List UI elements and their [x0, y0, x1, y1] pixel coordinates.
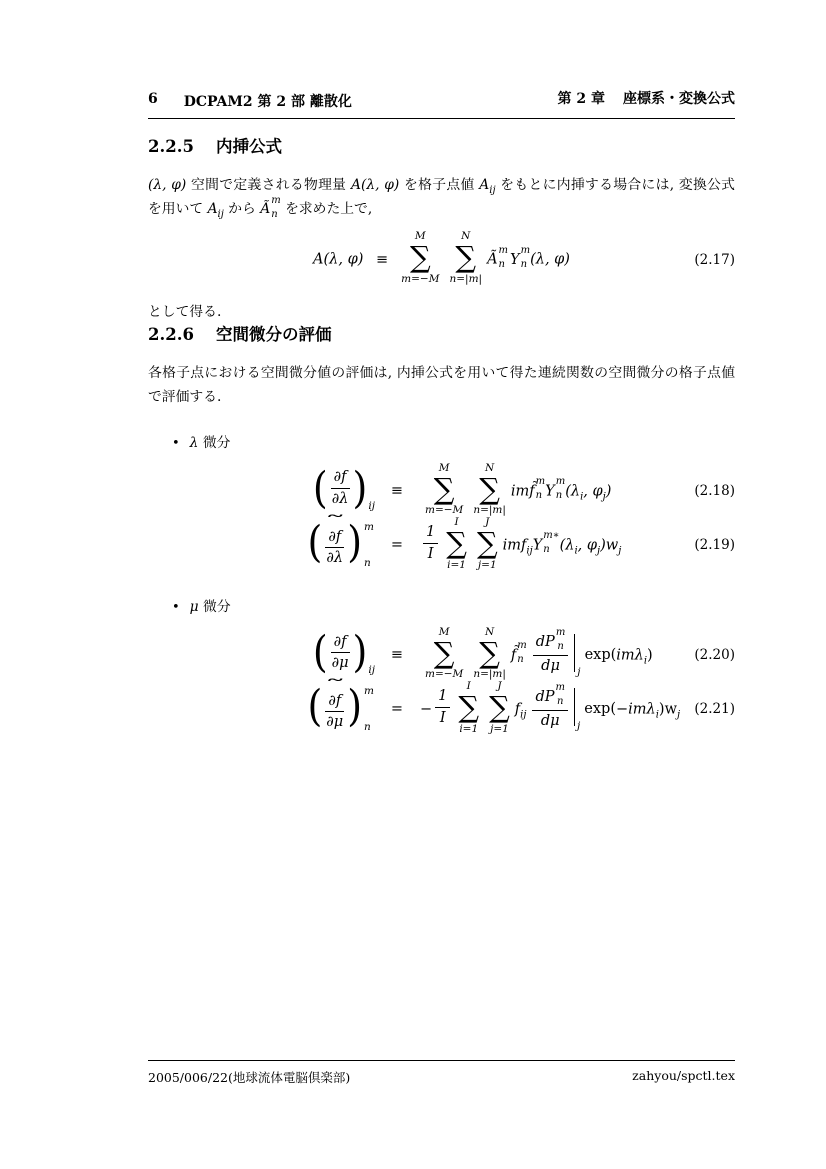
fraction: dPmndμ	[533, 630, 569, 676]
math-subscript: n	[556, 697, 565, 707]
equation-rhs: M∑m=−MN∑n=|m|imf̃mnYmn(λi, φj)	[420, 464, 735, 519]
relation-symbol: ≡	[376, 252, 388, 268]
math-subscript: ij	[520, 709, 526, 720]
header-left-title: DCPAM2 第 2 部 離散化	[184, 91, 352, 111]
equation-content: A(λ, φ) ≡M∑m=−MN∑n=|m|ÃmnYmn(λ, φ)	[313, 232, 570, 287]
math-subscript: n	[556, 491, 565, 501]
math-token: , φ	[583, 483, 602, 499]
equation-number: (2.19)	[694, 533, 735, 557]
fraction-denominator: I	[428, 544, 434, 564]
math-token: Ã	[487, 252, 497, 268]
fraction: ∂f∂μ	[331, 633, 350, 674]
left-paren: (	[308, 521, 323, 564]
math-token: dP	[535, 689, 554, 705]
math-superscript: m	[499, 246, 508, 256]
sigma-symbol: ∑	[458, 692, 479, 722]
math-superscript: m	[364, 522, 374, 533]
math-token: (λ	[565, 483, 580, 499]
sum-operator: J∑j=1	[477, 516, 498, 571]
math-token: imf	[503, 537, 527, 553]
sigma-symbol: ∑	[434, 474, 455, 504]
evaluation-bar	[574, 688, 575, 726]
supsub-stack: m∗n	[543, 531, 559, 555]
fraction-denominator: ∂μ	[326, 712, 343, 732]
text-token: から	[224, 201, 260, 217]
list-item-label: μ 微分	[190, 595, 231, 619]
math-superscript: m	[364, 686, 374, 697]
math-token: , φ	[578, 537, 597, 553]
section-number: 2.2.5	[148, 136, 194, 158]
sum-lower-limit: j=1	[478, 559, 497, 571]
sigma-symbol: ∑	[479, 474, 500, 504]
equation-rhs: M∑m=−MN∑n=|m|f̃mndPmndμjexp(imλi)	[420, 628, 735, 683]
equation-2-21: (˜∂f∂μ)mn = −1II∑i=1J∑j=1fijdPmndμjexp(−…	[148, 682, 735, 737]
equation-group-mu: (∂f∂μ)ij ≡ M∑m=−MN∑n=|m|f̃mndPmndμjexp(i…	[148, 628, 735, 737]
list-item-mu: • μ 微分	[148, 595, 735, 620]
fraction-numerator: ∂f	[325, 692, 344, 713]
equation-2-18: (∂f∂λ)ij ≡ M∑m=−MN∑n=|m|imf̃mnYmn(λi, φj…	[148, 464, 735, 519]
math-token: dP	[536, 634, 555, 650]
sum-lower-limit: m=−M	[425, 504, 463, 516]
math-token: −imλ	[616, 701, 656, 717]
paragraph-tail: として得る.	[148, 300, 735, 324]
math-token: A(λ, φ)	[351, 177, 399, 193]
equation-lhs: (∂f∂λ)ij	[148, 470, 374, 511]
math-subscript: j	[618, 545, 621, 556]
supsub-stack: mn	[556, 477, 565, 501]
math-subscript: j	[577, 720, 580, 732]
math-token: exp(	[584, 701, 616, 717]
sum-lower-limit: n=|m|	[449, 273, 482, 285]
sigma-symbol: ∑	[455, 242, 476, 272]
page-body: 2.2.5 内挿公式 (λ, φ) 空間で定義される物理量 A(λ, φ) を格…	[148, 136, 735, 737]
sum-lower-limit: m=−M	[425, 668, 463, 680]
relation-symbol: ≡	[374, 643, 420, 667]
fraction-numerator: ∂f	[331, 468, 350, 489]
paragraph-derivative: 各格子点における空間微分値の評価は, 内挿公式を用いて得た連続関数の空間微分の格…	[148, 361, 735, 409]
equation-number: (2.20)	[694, 643, 735, 667]
footer-right: zahyou/spctl.tex	[632, 1068, 735, 1086]
fraction-numerator: ∂f	[331, 633, 350, 654]
supsub-stack: mn	[517, 641, 526, 665]
sum-lower-limit: i=1	[459, 723, 478, 735]
math-token: exp(	[585, 647, 617, 663]
minus-sign: −	[420, 701, 432, 717]
math-subscript: n	[517, 655, 526, 665]
math-token: imλ	[616, 647, 644, 663]
sigma-symbol: ∑	[446, 528, 467, 558]
equation-lhs: (∂f∂μ)ij	[148, 635, 374, 676]
math-subscript: n	[364, 558, 374, 569]
bullet-icon: •	[172, 596, 180, 620]
chapter-title: 座標系・変換公式	[623, 88, 735, 108]
math-subscript: n	[271, 210, 280, 220]
fraction-denominator: ∂λ	[326, 548, 343, 568]
page-number: 6	[148, 91, 158, 111]
math-superscript: m∗	[543, 531, 559, 541]
sigma-symbol: ∑	[410, 242, 431, 272]
section-heading-226: 2.2.6 空間微分の評価	[148, 324, 735, 346]
paragraph-interpolation: (λ, φ) 空間で定義される物理量 A(λ, φ) を格子点値 Aij をもと…	[148, 173, 735, 222]
widetilde-icon: ˜	[324, 683, 346, 691]
sigma-symbol: ∑	[477, 528, 498, 558]
equation-rhs: 1II∑i=1J∑j=1imfijYm∗n(λi, φj)wj	[420, 518, 735, 573]
math-superscript: m	[536, 477, 545, 487]
equation-rhs: −1II∑i=1J∑j=1fijdPmndμjexp(−imλi)wj	[420, 682, 735, 737]
page-header: 6 DCPAM2 第 2 部 離散化 第 2 章 座標系・変換公式	[148, 88, 735, 119]
math-token: )	[647, 647, 653, 663]
math-subscript: n	[521, 260, 530, 270]
supsub-stack: mn	[536, 477, 545, 501]
math-superscript: m	[556, 628, 565, 638]
fraction-numerator: ∂f	[325, 528, 344, 549]
math-token: A(λ, φ)	[313, 252, 363, 268]
widetilde-fraction: ˜∂f∂λ	[322, 519, 347, 569]
fraction: ∂f∂λ	[331, 468, 350, 509]
equation-lhs: (˜∂f∂λ)mn	[148, 521, 374, 571]
fraction-numerator: dPmn	[532, 685, 568, 711]
math-superscript: m	[521, 246, 530, 256]
fraction: dPmndμ	[532, 685, 568, 731]
page-footer: 2005/006/22(地球流体電脳倶楽部) zahyou/spctl.tex	[148, 1060, 735, 1086]
sum-operator: I∑i=1	[446, 516, 467, 571]
section-number: 2.2.6	[148, 324, 194, 346]
list-item-lambda: • λ 微分	[148, 431, 735, 456]
equation-number: (2.18)	[694, 479, 735, 503]
math-token: f̃	[529, 483, 534, 499]
math-token: Y	[510, 252, 520, 268]
math-superscript: m	[271, 196, 280, 206]
math-superscript: m	[517, 641, 526, 651]
sum-operator: M∑m=−M	[425, 626, 463, 681]
math-token: f̃	[511, 647, 516, 663]
math-token: Y	[545, 483, 555, 499]
math-subscript: n	[499, 260, 508, 270]
relation-symbol: =	[374, 697, 420, 721]
fraction-denominator: dμ	[541, 711, 560, 731]
math-superscript: m	[556, 477, 565, 487]
fraction-numerator: dPmn	[533, 630, 569, 656]
supsub-stack: mn	[521, 246, 530, 270]
math-token: A	[479, 177, 489, 193]
pdf-page: 6 DCPAM2 第 2 部 離散化 第 2 章 座標系・変換公式 2.2.5 …	[0, 0, 826, 1169]
math-token: μ	[190, 599, 199, 615]
sum-lower-limit: j=1	[490, 723, 509, 735]
bullet-icon: •	[172, 432, 180, 456]
left-paren: (	[313, 631, 328, 674]
header-right: 第 2 章 座標系・変換公式	[558, 88, 736, 108]
fraction-numerator: 1	[423, 523, 438, 544]
math-token: )w	[659, 701, 677, 717]
math-subscript: n	[543, 545, 559, 555]
math-subscript: n	[556, 642, 565, 652]
equation-lhs: (˜∂f∂μ)mn	[148, 685, 374, 735]
fraction-denominator: I	[440, 708, 446, 728]
math-token: (λ, φ)	[530, 252, 570, 268]
fraction-denominator: dμ	[541, 656, 560, 676]
sum-operator: M∑m=−M	[401, 230, 439, 285]
supsub-stack: mn	[556, 628, 565, 652]
sigma-symbol: ∑	[489, 692, 510, 722]
text-token: 空間で定義される物理量	[186, 177, 351, 193]
sum-operator: N∑n=|m|	[473, 462, 506, 517]
left-paren: (	[308, 685, 323, 728]
right-paren: )	[347, 521, 362, 564]
relation-symbol: =	[374, 533, 420, 557]
fraction: 1I	[435, 687, 450, 728]
chapter-number: 第 2 章	[558, 88, 606, 108]
widetilde-icon: ˜	[324, 519, 346, 527]
sum-operator: M∑m=−M	[425, 462, 463, 517]
math-superscript: m	[556, 683, 565, 693]
sum-operator: I∑i=1	[458, 680, 479, 735]
sum-operator: N∑n=|m|	[449, 230, 482, 285]
relation-symbol: ≡	[374, 479, 420, 503]
equation-group-lambda: (∂f∂λ)ij ≡ M∑m=−MN∑n=|m|imf̃mnYmn(λi, φj…	[148, 464, 735, 573]
list-item-label: λ 微分	[190, 431, 231, 455]
right-paren: )	[347, 685, 362, 728]
supsub-stack: mn	[556, 683, 565, 707]
text-token: を求めた上で,	[281, 201, 373, 217]
sum-lower-limit: n=|m|	[473, 504, 506, 516]
math-token: (λ	[560, 537, 575, 553]
math-subscript: ij	[368, 658, 375, 682]
fraction-denominator: ∂μ	[332, 653, 349, 673]
supsub-stack: mn	[499, 246, 508, 270]
math-subscript: n	[536, 491, 545, 501]
left-paren: (	[313, 467, 328, 510]
sum-lower-limit: n=|m|	[473, 668, 506, 680]
supsub-stack: mn	[271, 196, 280, 220]
text-token: 微分	[203, 599, 231, 615]
equation-number: (2.17)	[694, 248, 735, 272]
equation-2-20: (∂f∂μ)ij ≡ M∑m=−MN∑n=|m|f̃mndPmndμjexp(i…	[148, 628, 735, 683]
math-token: Ã	[260, 201, 270, 217]
fraction-denominator: ∂λ	[332, 489, 349, 509]
sigma-symbol: ∑	[434, 638, 455, 668]
sum-operator: J∑j=1	[489, 680, 510, 735]
sum-lower-limit: i=1	[447, 559, 466, 571]
supsub-stack: mn	[364, 522, 374, 568]
sigma-symbol: ∑	[479, 638, 500, 668]
widetilde-fraction: ˜∂f∂μ	[322, 683, 347, 733]
math-subscript: ij	[368, 494, 375, 518]
section-title: 内挿公式	[216, 136, 282, 158]
text-token: 微分	[203, 435, 231, 451]
fraction: 1I	[423, 523, 438, 564]
right-paren: )	[353, 631, 368, 674]
math-token: (λ, φ)	[148, 177, 186, 193]
equation-number: (2.21)	[694, 697, 735, 721]
math-subscript: n	[364, 722, 374, 733]
math-subscript: j	[577, 666, 580, 678]
math-token: λ	[190, 435, 199, 451]
right-paren: )	[353, 467, 368, 510]
sum-lower-limit: m=−M	[401, 273, 439, 285]
math-token: Y	[533, 537, 543, 553]
header-left: 6 DCPAM2 第 2 部 離散化	[148, 91, 352, 111]
section-heading-225: 2.2.5 内挿公式	[148, 136, 735, 158]
sum-operator: N∑n=|m|	[473, 626, 506, 681]
math-token: im	[511, 483, 529, 499]
equation-2-19: (˜∂f∂λ)mn = 1II∑i=1J∑j=1imfijYm∗n(λi, φj…	[148, 518, 735, 573]
section-title: 空間微分の評価	[216, 324, 332, 346]
text-token: を格子点値	[399, 177, 479, 193]
math-token: )w	[600, 537, 618, 553]
math-token: A	[208, 201, 218, 217]
fraction-numerator: 1	[435, 687, 450, 708]
math-token: )	[606, 483, 612, 499]
evaluation-bar	[574, 634, 575, 672]
equation-2-17: A(λ, φ) ≡M∑m=−MN∑n=|m|ÃmnYmn(λ, φ) (2.17…	[148, 228, 735, 292]
footer-left: 2005/006/22(地球流体電脳倶楽部)	[148, 1068, 350, 1086]
math-subscript: j	[677, 709, 680, 720]
supsub-stack: mn	[364, 686, 374, 732]
